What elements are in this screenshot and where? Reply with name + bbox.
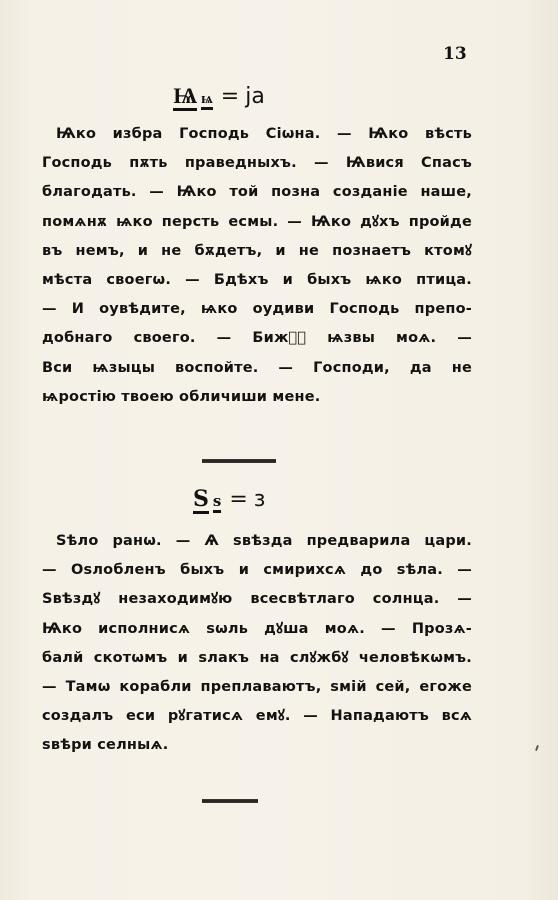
text-line: — Оѕлобленъ быхъ и смирихсѧ до ѕѣла. —	[42, 556, 472, 585]
heading-small-letter: ѕ	[213, 494, 221, 513]
text-line: Ѕѣло ранѡ. — Ѧ ѕвѣзда предварила цари.	[42, 527, 472, 556]
section-heading-ja: Ѩѩ=ja	[173, 83, 265, 111]
text-line: Господь пѫть праведныхъ. — Ѩвися Спасъ	[42, 149, 472, 178]
text-line: балй скотѡмъ и ѕлакъ на слꙋжбꙋ человѣкѡм…	[42, 644, 472, 673]
text-line: Ѕвѣздꙋ незаходимꙋю всесвѣтлаго солнца. —	[42, 585, 472, 614]
heading-transliteration: ja	[245, 84, 265, 109]
heading-transliteration: з	[254, 487, 266, 512]
section-divider-rule	[202, 799, 258, 803]
section-heading-dz: Ѕѕ=з	[193, 486, 265, 514]
text-line: — И оувѣдите, ѩко оудиви Господь препо-	[42, 295, 472, 324]
text-line: добнаго своего. — Бижⷣꙋ ѩзвы моѧ. —	[42, 324, 472, 353]
heading-small-letter: ѩ	[201, 91, 213, 110]
page-number: 13	[443, 44, 467, 64]
section1-paragraph: Ѩко избра Господь Сіѡна. — Ѩко вѣсть Гос…	[42, 120, 472, 412]
text-line: — Тамѡ корабли преплаваютъ, ѕмій сей, ег…	[42, 673, 472, 702]
text-line: помѧнѫ ѩко персть есмы. — Ѩко дꙋхъ пройд…	[42, 208, 472, 237]
text-line: Ѩко избра Господь Сіѡна. — Ѩко вѣсть	[42, 120, 472, 149]
text-line: создалъ еси рꙋгатисѧ емꙋ. — Нападаютъ вс…	[42, 702, 472, 731]
text-line: мѣста своегѡ. — Бдѣхъ и быхъ ѩко птица.	[42, 266, 472, 295]
heading-capital-letter: Ѩ	[173, 85, 197, 111]
section2-paragraph: Ѕѣло ранѡ. — Ѧ ѕвѣзда предварила цари. —…	[42, 527, 472, 761]
book-page: 13 Ѩѩ=ja Ѩко избра Господь Сіѡна. — Ѩко …	[0, 0, 558, 900]
text-line: ѩростію твоею обличиши мене.	[42, 383, 472, 412]
text-line: въ немъ, и не бѫдетъ, и не познаетъ ктом…	[42, 237, 472, 266]
text-line: Ѩко исполнисѧ ѕѡль дꙋша моѧ. — Прозѧ-	[42, 615, 472, 644]
text-line: Вси ѩзыцы воспойте. — Господи, да не	[42, 354, 472, 383]
heading-capital-letter: Ѕ	[193, 488, 209, 514]
text-line: благодать. — Ѩко той позна созданіе наше…	[42, 178, 472, 207]
text-line: ѕвѣри селныѧ.	[42, 731, 472, 760]
section-divider-rule	[202, 459, 276, 463]
paper-speck	[535, 745, 539, 751]
heading-equals: =	[221, 84, 239, 109]
heading-equals: =	[229, 487, 247, 512]
